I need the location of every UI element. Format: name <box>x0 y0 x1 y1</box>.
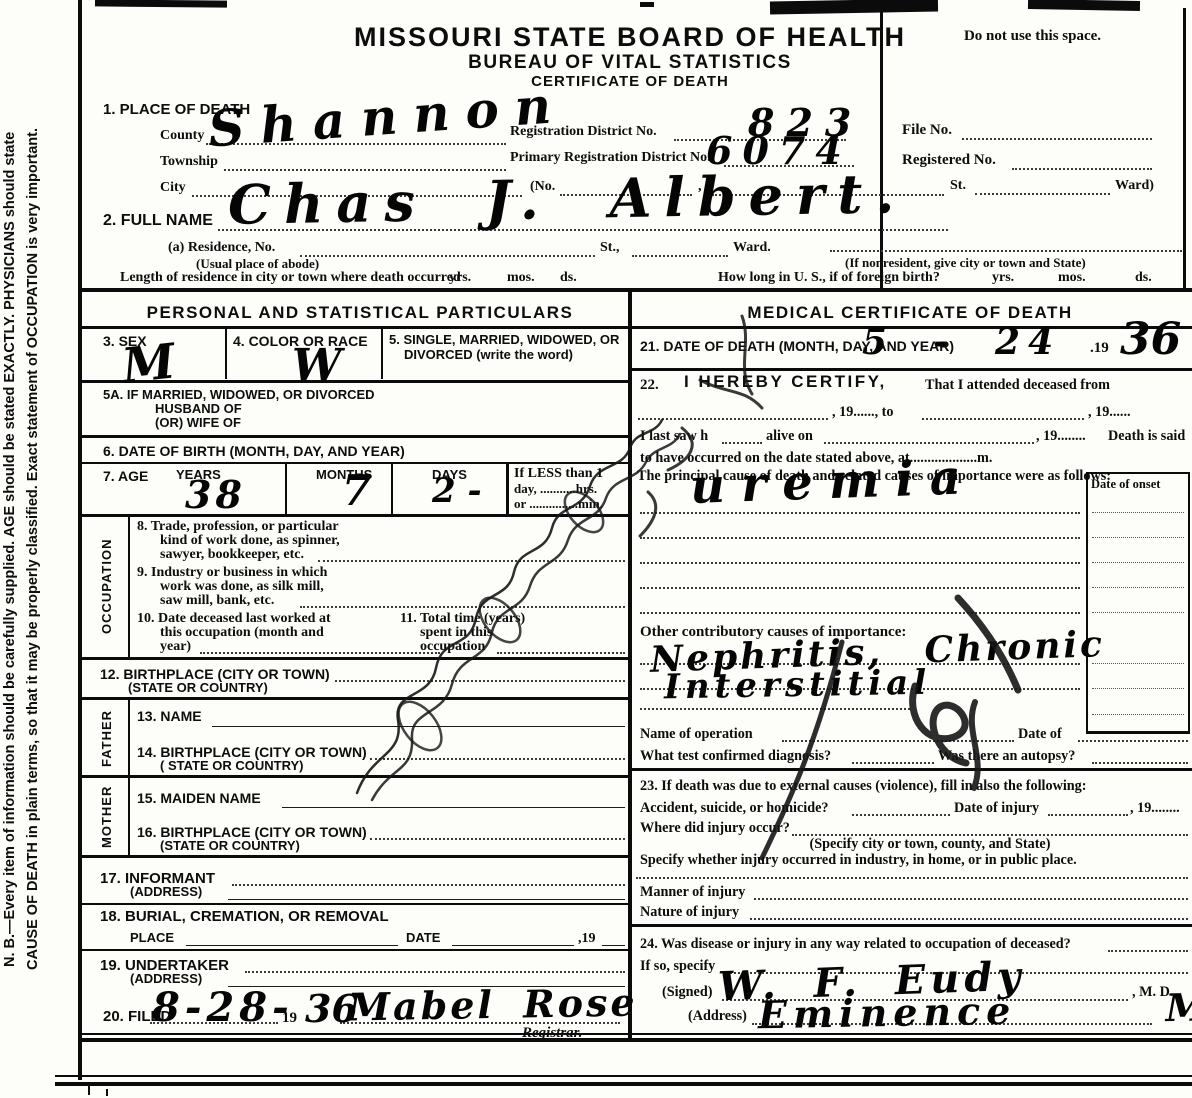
external-causes-label: 23. If death was due to external causes … <box>640 778 1086 794</box>
test-label: What test confirmed diagnosis? <box>640 748 831 764</box>
less-than-1-label: If LESS than 1 <box>514 466 603 482</box>
city-st-label: St. <box>950 178 966 194</box>
registered-no-label: Registered No. <box>902 152 996 169</box>
divider <box>1086 472 1190 474</box>
total-time-field <box>497 652 625 654</box>
operation-date-label: Date of <box>1018 726 1062 742</box>
do-not-use-note: Do not use this space. <box>900 28 1165 45</box>
last-worked-label-3: year) <box>160 639 191 655</box>
attended-19-to: , 19......, to <box>832 404 893 420</box>
where-injury-label: Where did injury occur? <box>640 820 790 836</box>
burial-date-label: DATE <box>406 931 440 946</box>
marital-label: 5. SINGLE, MARRIED, WIDOWED, OR <box>389 333 619 348</box>
divider <box>1086 731 1190 734</box>
injury-19: , 19........ <box>1130 800 1180 816</box>
birthplace-state-label: (STATE OR COUNTRY) <box>128 681 268 696</box>
last-saw-label: I last saw h <box>640 428 708 444</box>
divider <box>1086 472 1088 734</box>
nonresident-field <box>830 250 1182 252</box>
informant-field <box>232 884 625 886</box>
attended-label: That I attended deceased from <box>925 377 1110 393</box>
date-of-injury-field <box>1048 814 1128 816</box>
address-label: (Address) <box>688 1008 747 1024</box>
how-long-us-label: How long in U. S., if of foreign birth? <box>718 270 940 286</box>
divider <box>78 903 628 905</box>
divider <box>78 775 628 778</box>
divider <box>1188 472 1190 734</box>
full-name-handwriting: Chas J. Albert. <box>228 166 908 232</box>
divider <box>128 516 130 657</box>
occupation-related-label: 24. Was disease or injury in any way rel… <box>640 936 1071 952</box>
divider <box>78 949 628 951</box>
physician-address-handwriting: Eminence Mo <box>758 988 1192 1034</box>
file-no-label: File No. <box>902 122 952 139</box>
residence-ward-label: Ward. <box>733 240 771 256</box>
burial-19: ,19 <box>578 931 596 947</box>
attended-from-field <box>638 418 828 420</box>
margin-note-line2: CAUSE OF DEATH in plain terms, so that i… <box>25 18 46 1080</box>
divider <box>506 464 509 514</box>
age-label: 7. AGE <box>103 468 148 484</box>
father-birthplace-state-label: ( STATE OR COUNTRY) <box>160 759 303 774</box>
nonresident-note: (If nonresident, give city or town and S… <box>845 256 1086 271</box>
full-name-label: 2. FULL NAME <box>103 212 213 230</box>
divider <box>632 768 1192 771</box>
yrs-label: yrs. <box>992 270 1014 286</box>
industry-field <box>300 606 625 608</box>
divider <box>128 699 130 775</box>
mother-birthplace-state-label: (STATE OR COUNTRY) <box>160 839 300 854</box>
occupation-related-field <box>1108 950 1188 952</box>
operation-field <box>782 740 1014 742</box>
residence-label: (a) Residence, No. <box>168 240 275 256</box>
occupation-side-label: OCCUPATION <box>100 518 124 654</box>
yrs-label: yrs. <box>449 270 471 286</box>
mother-side-label: MOTHER <box>100 779 124 855</box>
age-years-handwriting: 38 <box>185 476 246 514</box>
county-label: County <box>160 128 204 144</box>
burial-place-label: PLACE <box>130 931 174 946</box>
onset-line <box>1092 537 1184 538</box>
certify-label: I HEREBY CERTIFY, <box>684 372 887 392</box>
wife-of-label: (OR) WIFE OF <box>155 416 241 431</box>
county-handwriting: Shannon <box>207 80 569 155</box>
cause-line <box>640 537 1080 539</box>
specify-where-label: Specify whether injury occurred in indus… <box>640 852 1077 868</box>
nature-of-injury-field <box>750 918 1188 920</box>
form-title: MISSOURI STATE BOARD OF HEALTH <box>350 22 910 53</box>
autopsy-label: Was there an autopsy? <box>938 748 1075 764</box>
trade-field <box>318 560 625 562</box>
divider <box>78 326 628 329</box>
burial-year-field <box>602 945 625 946</box>
less-than-1-min: or ...............min. <box>514 497 603 512</box>
city-label: City <box>160 180 186 196</box>
attended-to-field <box>922 418 1084 420</box>
burial-place-field <box>186 945 398 946</box>
autopsy-field <box>1092 762 1188 764</box>
registered-no-field <box>1012 168 1152 170</box>
township-label: Township <box>160 154 218 170</box>
mos-label: mos. <box>507 270 535 286</box>
scan-artifact <box>770 0 938 14</box>
operation-label: Name of operation <box>640 726 753 742</box>
father-birthplace-field <box>370 758 625 760</box>
onset-line <box>1092 688 1184 689</box>
date-of-death-handwriting: 5 - 24 <box>862 324 1061 360</box>
injury-line <box>636 877 1188 879</box>
medical-section-header: MEDICAL CERTIFICATE OF DEATH <box>632 303 1188 323</box>
length-residence-label: Length of residence in city or town wher… <box>120 270 461 286</box>
mos-label: mos. <box>1058 270 1086 286</box>
age-months-handwriting: 7 <box>342 470 371 512</box>
divider <box>632 924 1192 927</box>
informant-address-field <box>228 899 625 900</box>
residence-st-label: St., <box>600 240 619 256</box>
cause-of-death-handwriting: uremia <box>689 453 977 511</box>
last-worked-field <box>200 652 440 654</box>
divider <box>55 1075 1192 1077</box>
cause-line <box>640 562 1080 564</box>
onset-line <box>1092 512 1184 513</box>
divider <box>1183 8 1186 292</box>
onset-line <box>1092 562 1184 563</box>
date-of-injury-label: Date of injury <box>954 800 1039 816</box>
date-of-birth-label: 6. DATE OF BIRTH (MONTH, DAY, AND YEAR) <box>103 443 405 459</box>
birthplace-field <box>335 680 625 682</box>
scan-artifact <box>95 0 227 8</box>
burial-date-field <box>452 945 574 946</box>
divider <box>55 1082 1192 1086</box>
cause-line <box>640 612 1080 614</box>
divider <box>128 777 130 855</box>
signed-label: (Signed) <box>662 984 712 1000</box>
sex-handwriting: M <box>120 337 178 390</box>
alive-on-field <box>824 442 1034 444</box>
nature-of-injury-label: Nature of injury <box>640 904 739 920</box>
ds-label: ds. <box>1135 270 1152 286</box>
divider <box>78 1033 1192 1035</box>
contributory-line <box>640 708 910 710</box>
residence-st-field <box>632 255 728 257</box>
mother-birthplace-field <box>370 838 625 840</box>
primary-district-label: Primary Registration District No. <box>510 150 711 166</box>
accident-label: Accident, suicide, or homicide? <box>640 800 829 816</box>
manner-of-injury-label: Manner of injury <box>640 884 745 900</box>
death-is-said: Death is said <box>1108 428 1185 444</box>
date-of-onset-label: Date of onset <box>1091 477 1160 491</box>
operation-date-field <box>1078 740 1188 742</box>
mother-maiden-name-field <box>282 807 625 808</box>
divider <box>78 288 1192 292</box>
color-race-handwriting: W <box>292 344 341 388</box>
date-of-death-year-handwriting: 36 <box>1120 318 1181 362</box>
industry-label-3: saw mill, bank, etc. <box>160 593 274 609</box>
onset-line <box>1092 612 1184 613</box>
trade-label-3: sawyer, bookkeeper, etc. <box>160 547 304 563</box>
divider <box>628 292 632 1042</box>
divider <box>78 462 628 464</box>
onset-line <box>1092 587 1184 588</box>
onset-line <box>1092 663 1184 664</box>
accident-field <box>852 814 950 816</box>
contributory-handwriting-2: Interstitial <box>664 666 932 705</box>
form-subtitle-bureau: BUREAU OF VITAL STATISTICS <box>350 52 910 74</box>
attended-19b: , 19...... <box>1088 404 1131 420</box>
scan-artifact <box>106 1089 108 1096</box>
divider <box>78 1038 1192 1042</box>
manner-of-injury-field <box>754 898 1188 900</box>
residence-field <box>300 255 595 257</box>
scan-artifact <box>640 2 654 7</box>
city-ward-label: Ward) <box>1115 178 1154 194</box>
mother-maiden-name-label: 15. MAIDEN NAME <box>137 790 261 806</box>
specify-city-note: (Specify city or town, county, and State… <box>700 836 1160 852</box>
divider <box>632 368 1192 371</box>
divider <box>285 464 287 514</box>
alive-on-label: alive on <box>766 428 813 444</box>
divider <box>78 435 628 438</box>
alive-19: , 19........ <box>1036 428 1086 444</box>
divider <box>225 329 227 379</box>
marital-label2: DIVORCED (write the word) <box>404 348 573 363</box>
filed-date-handwriting: 8-28- <box>152 988 294 1028</box>
divider <box>78 657 628 660</box>
last-saw-field <box>722 442 762 444</box>
less-than-1-hrs: day, ...........hrs. <box>514 482 597 497</box>
if-so-specify-label: If so, specify <box>640 958 715 974</box>
father-side-label: FATHER <box>100 702 124 774</box>
onset-line <box>1092 714 1184 715</box>
registrar-signature-handwriting: Mabel Rose <box>348 983 638 1026</box>
city-st-field <box>975 193 1110 195</box>
death-certificate-scan: N. B.—Every item of information should b… <box>0 0 1192 1098</box>
informant-address-label: (ADDRESS) <box>130 885 202 900</box>
undertaker-field <box>245 971 625 973</box>
father-name-field <box>212 726 625 727</box>
file-no-field <box>962 138 1152 140</box>
divider <box>78 855 628 858</box>
father-name-label: 13. NAME <box>137 708 202 724</box>
item-22-number: 22. <box>640 377 659 394</box>
ds-label: ds. <box>560 270 577 286</box>
burial-label: 18. BURIAL, CREMATION, OR REMOVAL <box>100 908 389 925</box>
date-of-death-19: .19 <box>1090 340 1109 357</box>
divider <box>78 0 82 1080</box>
divider <box>78 697 628 700</box>
divider <box>391 464 393 514</box>
age-days-handwriting: 2 - <box>432 474 482 508</box>
scan-artifact <box>1028 0 1140 11</box>
test-field <box>852 762 934 764</box>
total-time-label-3: occupation <box>420 639 485 655</box>
scan-artifact <box>88 1086 90 1095</box>
margin-note-line1: N. B.—Every item of information should b… <box>2 18 23 1080</box>
divider <box>381 329 383 379</box>
personal-section-header: PERSONAL AND STATISTICAL PARTICULARS <box>95 303 625 323</box>
cause-line <box>640 587 1080 589</box>
